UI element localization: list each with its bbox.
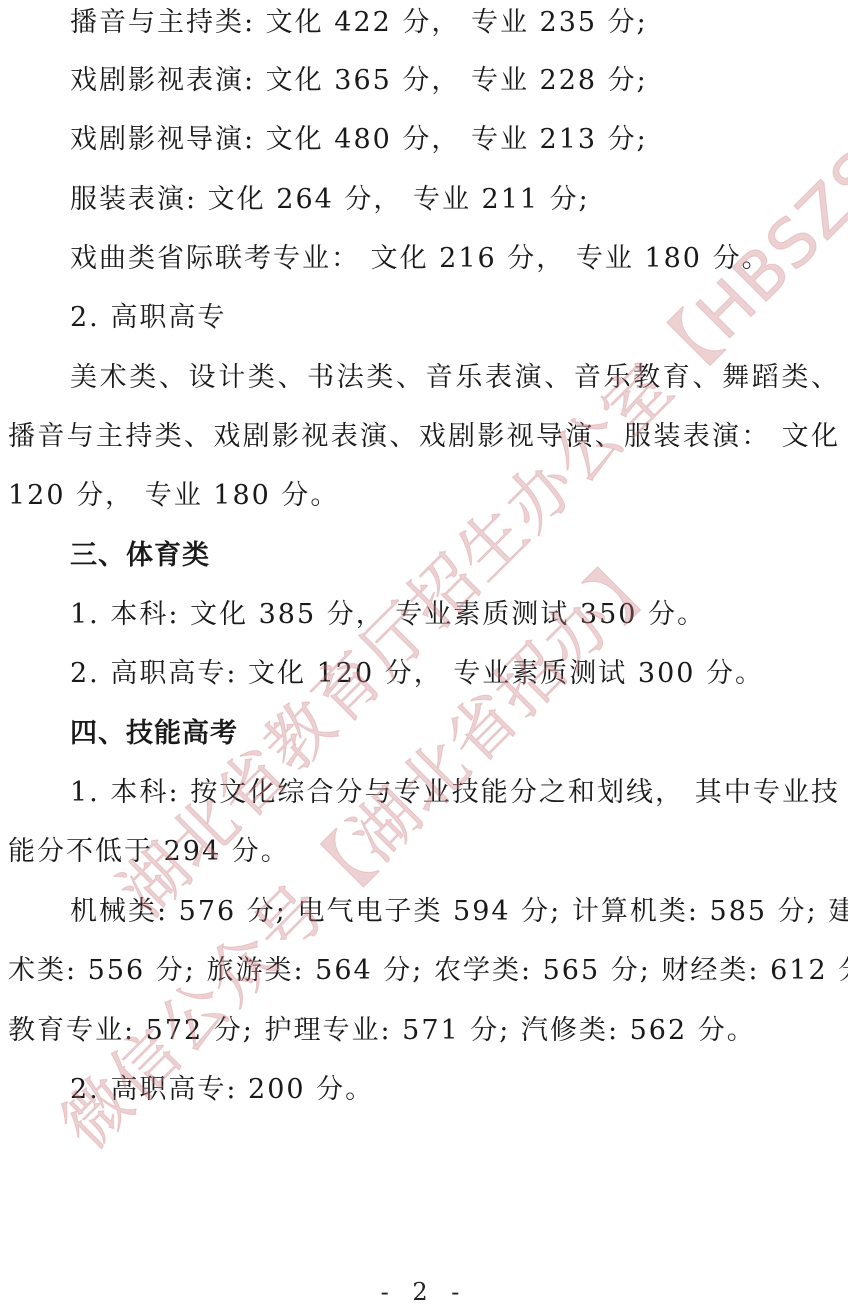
subsection-vocational: 2. 高职高专 xyxy=(70,302,840,334)
paragraph-line: 术类: 556 分; 旅游类: 564 分; 农学类: 565 分; 财经类: … xyxy=(8,955,840,987)
paragraph-line: 播音与主持类、戏剧影视表演、戏剧影视导演、服装表演： 文化 xyxy=(8,421,840,453)
score-line-drama-acting: 戏剧影视表演: 文化 365 分， 专业 228 分; xyxy=(70,65,840,97)
score-line-opera: 戏曲类省际联考专业： 文化 216 分， 专业 180 分。 xyxy=(70,243,840,275)
paragraph-line: 美术类、设计类、书法类、音乐表演、音乐教育、舞蹈类、 xyxy=(70,362,840,394)
paragraph-line: 能分不低于 294 分。 xyxy=(8,836,840,868)
score-line-fashion: 服装表演: 文化 264 分， 专业 211 分; xyxy=(70,184,840,216)
section-heading-skills: 四、技能高考 xyxy=(70,718,840,750)
score-line-sports-vocational: 2. 高职高专: 文化 120 分， 专业素质测试 300 分。 xyxy=(70,658,840,690)
score-line-broadcasting: 播音与主持类: 文化 422 分， 专业 235 分; xyxy=(70,7,840,39)
paragraph-line: 1. 本科: 按文化综合分与专业技能分之和划线， 其中专业技 xyxy=(70,777,840,809)
paragraph-line: 教育专业: 572 分; 护理专业: 571 分; 汽修类: 562 分。 xyxy=(8,1015,840,1047)
score-line-sports-undergrad: 1. 本科: 文化 385 分， 专业素质测试 350 分。 xyxy=(70,599,840,631)
paragraph-line: 120 分， 专业 180 分。 xyxy=(8,480,840,512)
score-line-drama-directing: 戏剧影视导演: 文化 480 分， 专业 213 分; xyxy=(70,124,840,156)
paragraph-line: 机械类: 576 分; 电气电子类 594 分; 计算机类: 585 分; 建筑… xyxy=(70,896,840,928)
score-line-skills-vocational: 2. 高职高专: 200 分。 xyxy=(70,1074,840,1106)
section-heading-sports: 三、体育类 xyxy=(70,540,840,572)
page-number: - 2 - xyxy=(0,1278,848,1306)
document-page: 播音与主持类: 文化 422 分， 专业 235 分; 戏剧影视表演: 文化 3… xyxy=(0,0,848,1312)
